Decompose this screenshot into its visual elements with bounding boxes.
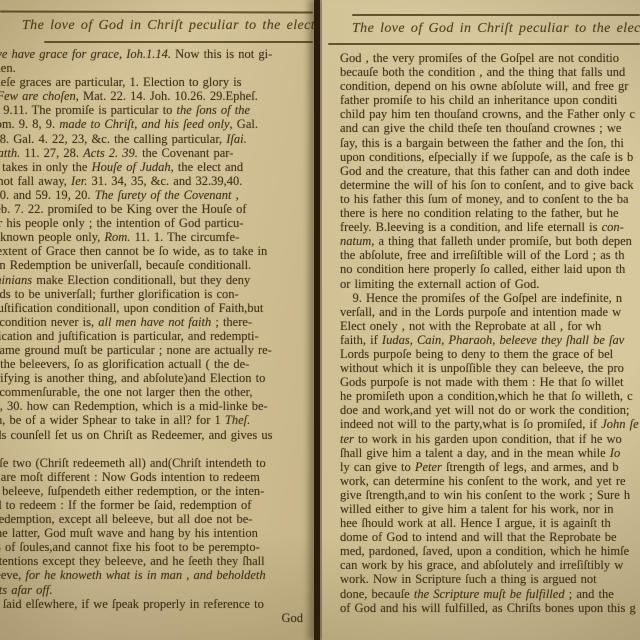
text-line: doe and work,and yet will not do or work…: [340, 403, 640, 417]
text-line: God and the creature, that this father c…: [340, 164, 640, 178]
text-line: hee ſhould work at all. Hence I argue, i…: [340, 516, 640, 530]
text-line: ughts afar off.: [0, 583, 315, 597]
text-line: determine the will of his ſon to conſent…: [340, 178, 640, 192]
text-line: becauſe both the condition , and the thi…: [340, 65, 640, 79]
text-line: s intentions except they beleeve, and he…: [0, 554, 315, 568]
text-line: ter to work in his garden upon condition…: [340, 432, 640, 446]
text-line: condition, depend on his owne abſolute w…: [340, 79, 640, 93]
text-line: child pay him ten thouſand crowns, and t…: [340, 107, 640, 121]
text-line: over his people only ; the intention of …: [0, 216, 315, 230]
text-line: and can give the child theſe ten thouſan…: [340, 121, 640, 135]
text-line: father promiſe to his child an inheritan…: [340, 93, 640, 107]
text-line: ſhall give him a talent a day, and in th…: [340, 446, 640, 460]
text-line: Arminians make Election conditionall, bu…: [0, 273, 315, 287]
text-line: med, pardoned, ſaved, upon a condition, …: [340, 544, 640, 558]
text-line: verſall, and in the Lords purpoſe and in…: [340, 305, 640, 319]
text-line: he promiſeth upon a condition,which he t…: [340, 389, 640, 403]
text-line: faith, if Iudas, Cain, Pharaoh, beleeve …: [340, 333, 640, 347]
text-line: hey beleeve, ſuſpendeth either redemptio…: [0, 484, 315, 498]
text-line: no condition here properly ſo called, ei…: [340, 262, 640, 276]
text-line: Heb. 7. 22. promiſed to be King over the…: [0, 202, 315, 216]
text-line: work. Now in Scripture ſuch a thing is a…: [340, 572, 640, 586]
text-line: om. 9.11. The promiſe is particular to t…: [0, 103, 315, 117]
text-line: n, we have grace for grace, Ioh.1.14. No…: [0, 47, 315, 61]
text-line: the condition never is, all men have not…: [0, 315, 315, 329]
page-gutter: [314, 0, 320, 640]
text-line: r can Redemption be univerſall, becauſe …: [0, 258, 315, 272]
text-line: ar, Few are choſen, Mat. 22. 14. Joh. 10…: [0, 89, 315, 103]
text-line: Lords purpoſe being to deny to them the …: [340, 347, 640, 361]
text-line: he ſame ground muſt be particular ; none…: [0, 343, 315, 357]
right-header-rule-bottom: [328, 43, 640, 45]
text-line: God , the very promiſes of the Goſpel ar…: [340, 51, 640, 65]
text-line: willed either to give him a talent for h…: [340, 502, 640, 516]
left-catchword: God: [281, 611, 303, 626]
right-page-text: God , the very promiſes of the Goſpel ar…: [340, 51, 640, 615]
text-line: cannot fall away, Ier. 31. 34, 35, &c. a…: [0, 174, 315, 188]
left-running-header: The love of God in Chriſt peculiar to th…: [22, 18, 315, 34]
text-line: , Rom. 9. 8, 9. made to Chriſt, and his …: [0, 117, 315, 131]
text-line: ions of ſoules,and cannot fixe his foot …: [0, 540, 315, 554]
text-line: all) are moſt different : Now Gods inten…: [0, 470, 315, 484]
text-line: Elect onely , not with the Reprobate at …: [340, 319, 640, 333]
text-line: dome of God to intend and will that the …: [340, 530, 640, 544]
text-line: ll theſe graces are particular, 1. Elect…: [0, 75, 315, 89]
text-line: Theſe two (Chriſt redeemeth all) and(Chr…: [0, 456, 315, 470]
text-line: . Matth. 11. 27, 28. Acts 2. 39. the Cov…: [0, 146, 315, 160]
text-line: words to be univerſall; further glorific…: [0, 287, 315, 301]
text-line: 4. 10. and 59. 19, 20. The ſurety of the…: [0, 188, 315, 202]
text-line: upon conditions, eſpecially if we ſuppoſ…: [340, 150, 640, 164]
text-line: iſt.: [0, 442, 315, 456]
text-line: freely. B.leeving is a condition, and li…: [340, 220, 640, 234]
text-line: to his father this ſum of money, and to …: [340, 192, 640, 206]
text-line: can work by his grace, and abſolutely an…: [340, 558, 640, 572]
text-line: are commenſurable, the one not larger th…: [0, 385, 315, 399]
text-line: Gods purpoſe is not made with them : He …: [340, 375, 640, 389]
text-line: both, be of a wider Sphear to take in al…: [0, 413, 315, 427]
text-line: the abſolute, free and irreſiſtible will…: [340, 248, 640, 262]
text-line: ly can give to Peter ſtrength of legs, a…: [340, 460, 640, 474]
text-line: nd extent of Grace then cannot be ſo wid…: [0, 244, 315, 258]
text-line: but the beleevers, ſo as glorification a…: [0, 357, 315, 371]
text-line: glorifying is another thing, and abſolut…: [0, 371, 315, 385]
text-line: Gods counſell ſet us on Chriſt as Redeem…: [0, 428, 315, 442]
text-line: 7, 18. Gal. 4. 22, 23, &c. the calling p…: [0, 132, 315, 146]
text-line: work, can determine his conſent to the w…: [340, 474, 640, 488]
text-line: of God and his will fulfilled, as Chriſt…: [340, 601, 640, 615]
text-line: o Redemption, except all beleeve, but al…: [0, 512, 315, 526]
text-line: indeed not will to the party,what is ſo …: [340, 417, 640, 431]
text-line: and takes in only the Houſe of Judah, th…: [0, 160, 315, 174]
text-line: 9. Hence the promiſes of the Goſpel are …: [340, 291, 640, 305]
text-line: natum, a thing that falleth under promiſ…: [340, 234, 640, 248]
text-line: done, becauſe the Scripture muſt be fulf…: [340, 587, 640, 601]
text-line: or limiting the externall action of God.: [340, 277, 640, 291]
right-page: The love of God in Chriſt peculiar to th…: [322, 0, 640, 640]
left-header-rule-bottom: [44, 41, 313, 43]
left-page-text: n, we have grace for grace, Ioh.1.14. No…: [0, 47, 315, 611]
text-line: If the latter, God muſt wave and hang by…: [0, 526, 315, 540]
text-line: there is here no condition relating to t…: [340, 206, 640, 220]
right-header-rule-top: [352, 14, 640, 16]
text-line: . 29, 30. how can Redemption, which is a…: [0, 399, 315, 413]
text-line: without which it is unpoſſible they can …: [340, 361, 640, 375]
left-header-rule-top: [0, 10, 313, 13]
text-line: give ſtrength,and to win his conſent to …: [340, 488, 640, 502]
book-scan: The love of God in Chriſt peculiar to th…: [0, 0, 640, 640]
text-line: foreknown people only, Rom. 11. 1. The c…: [0, 230, 315, 244]
text-line: ll men.: [0, 61, 315, 75]
right-running-header: The love of God in Chriſt peculiar to th…: [352, 21, 640, 37]
text-line: beleeve, for he knoweth what is in man ,…: [0, 568, 315, 582]
text-line: God to redeem : If the former be ſaid, r…: [0, 498, 315, 512]
text-line: ll, juſtification conditionall, upon con…: [0, 301, 315, 315]
text-line: ſay, this is a bargain between the fathe…: [340, 136, 640, 150]
text-line: orification and juſtification is particu…: [0, 329, 315, 343]
text-line: as I ſaid elſewhere, if we ſpeak properl…: [0, 597, 315, 611]
left-page: The love of God in Chriſt peculiar to th…: [0, 0, 315, 640]
